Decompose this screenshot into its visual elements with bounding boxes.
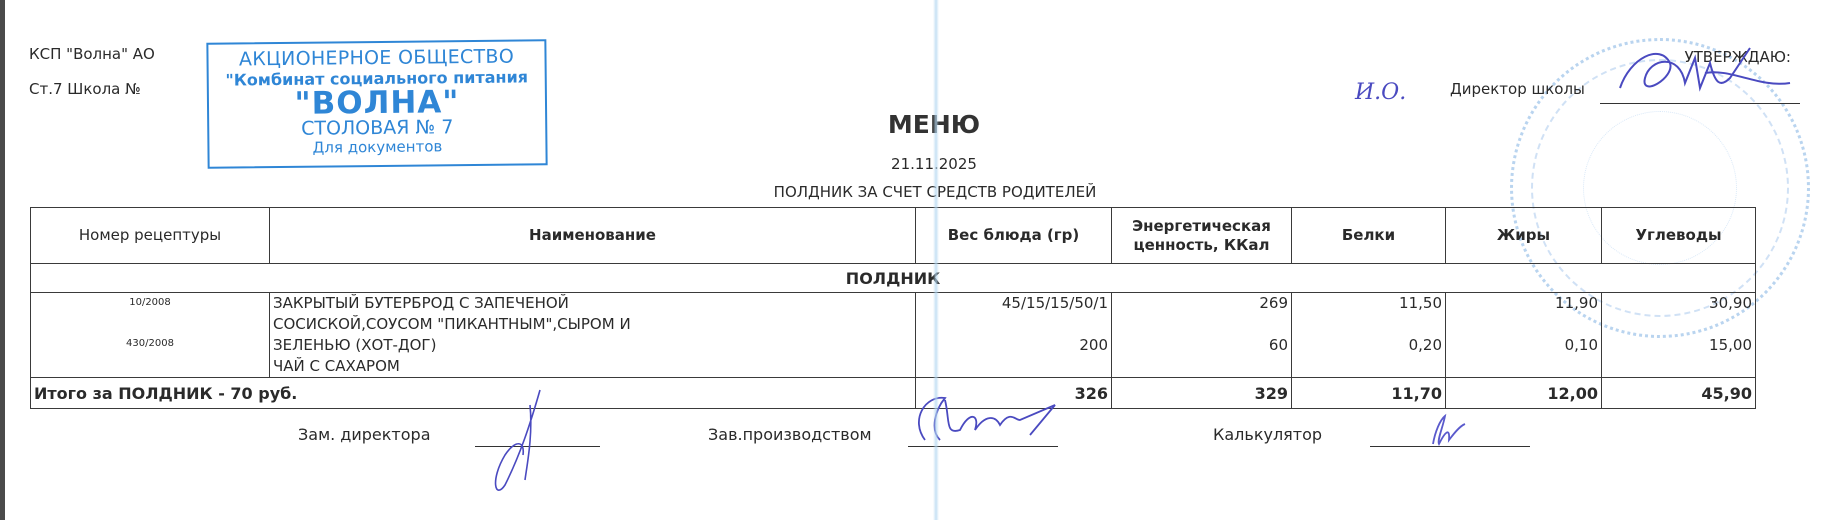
- school-label: Ст.7 Школа №: [29, 80, 141, 98]
- director-label: Директор школы: [1450, 80, 1585, 98]
- carbs: 30,90 15,00: [1602, 293, 1756, 378]
- stamp-line-5: Для документов: [209, 137, 545, 158]
- organization-name: КСП "Волна" АО: [29, 45, 155, 63]
- total-energy: 329: [1112, 378, 1292, 409]
- deputy-signature-icon: [485, 385, 565, 500]
- dish-carbs: 15,00: [1605, 335, 1752, 356]
- production-signature-icon: [905, 390, 1075, 450]
- acting-mark: И.О.: [1355, 80, 1406, 105]
- table-row: 10/2008 430/2008 ЗАКРЫТЫЙ БУТЕРБРОД С ЗА…: [31, 293, 1756, 378]
- recipe-code: 10/2008: [34, 297, 266, 308]
- header-carbs: Углеводы: [1602, 208, 1756, 264]
- total-carbs: 45,90: [1602, 378, 1756, 409]
- production-manager-label: Зав.производством: [708, 425, 872, 444]
- total-fat: 12,00: [1446, 378, 1602, 409]
- header-weight: Вес блюда (гр): [916, 208, 1112, 264]
- header-fat: Жиры: [1446, 208, 1602, 264]
- dish-weight: 200: [919, 335, 1108, 356]
- header-code: Номер рецептуры: [31, 208, 270, 264]
- deputy-director-label: Зам. директора: [298, 425, 431, 444]
- dish-names: ЗАКРЫТЫЙ БУТЕРБРОД С ЗАПЕЧЕНОЙ СОСИСКОЙ,…: [270, 293, 916, 378]
- rectangular-stamp: АКЦИОНЕРНОЕ ОБЩЕСТВО "Комбинат социально…: [206, 39, 547, 169]
- total-protein: 11,70: [1292, 378, 1446, 409]
- scan-artifact-line: [933, 0, 939, 520]
- stamp-line-3: "ВОЛНА": [209, 86, 545, 120]
- director-signature-icon: [1610, 38, 1800, 108]
- table-header-row: Номер рецептуры Наименование Вес блюда (…: [31, 208, 1756, 264]
- energies: 269 60: [1112, 293, 1292, 378]
- header-protein: Белки: [1292, 208, 1446, 264]
- section-title: ПОЛДНИК: [31, 264, 1756, 293]
- recipe-codes: 10/2008 430/2008: [31, 293, 270, 378]
- scan-left-border: [0, 0, 5, 520]
- calculator-signature-icon: [1425, 412, 1485, 448]
- dish-energy: 269: [1115, 293, 1288, 314]
- section-row: ПОЛДНИК: [31, 264, 1756, 293]
- dish-protein: 0,20: [1295, 335, 1442, 356]
- dish-fat: 0,10: [1449, 335, 1598, 356]
- fats: 11,90 0,10: [1446, 293, 1602, 378]
- header-name: Наименование: [270, 208, 916, 264]
- dish-fat: 11,90: [1449, 293, 1598, 314]
- dish-weight: 45/15/15/50/1: [919, 293, 1108, 314]
- dish-carbs: 30,90: [1605, 293, 1752, 314]
- dish-protein: 11,50: [1295, 293, 1442, 314]
- dish-name: ЧАЙ С САХАРОМ: [273, 356, 912, 377]
- dish-name: ЗАКРЫТЫЙ БУТЕРБРОД С ЗАПЕЧЕНОЙ СОСИСКОЙ,…: [273, 293, 713, 356]
- total-label: Итого за ПОЛДНИК - 70 руб.: [31, 378, 916, 409]
- header-energy: Энергетическая ценность, ККал: [1112, 208, 1292, 264]
- calculator-label: Калькулятор: [1213, 425, 1322, 444]
- recipe-code: 430/2008: [34, 338, 266, 349]
- total-row: Итого за ПОЛДНИК - 70 руб. 326 329 11,70…: [31, 378, 1756, 409]
- menu-table: Номер рецептуры Наименование Вес блюда (…: [30, 207, 1756, 409]
- dish-energy: 60: [1115, 335, 1288, 356]
- proteins: 11,50 0,20: [1292, 293, 1446, 378]
- weights: 45/15/15/50/1 200: [916, 293, 1112, 378]
